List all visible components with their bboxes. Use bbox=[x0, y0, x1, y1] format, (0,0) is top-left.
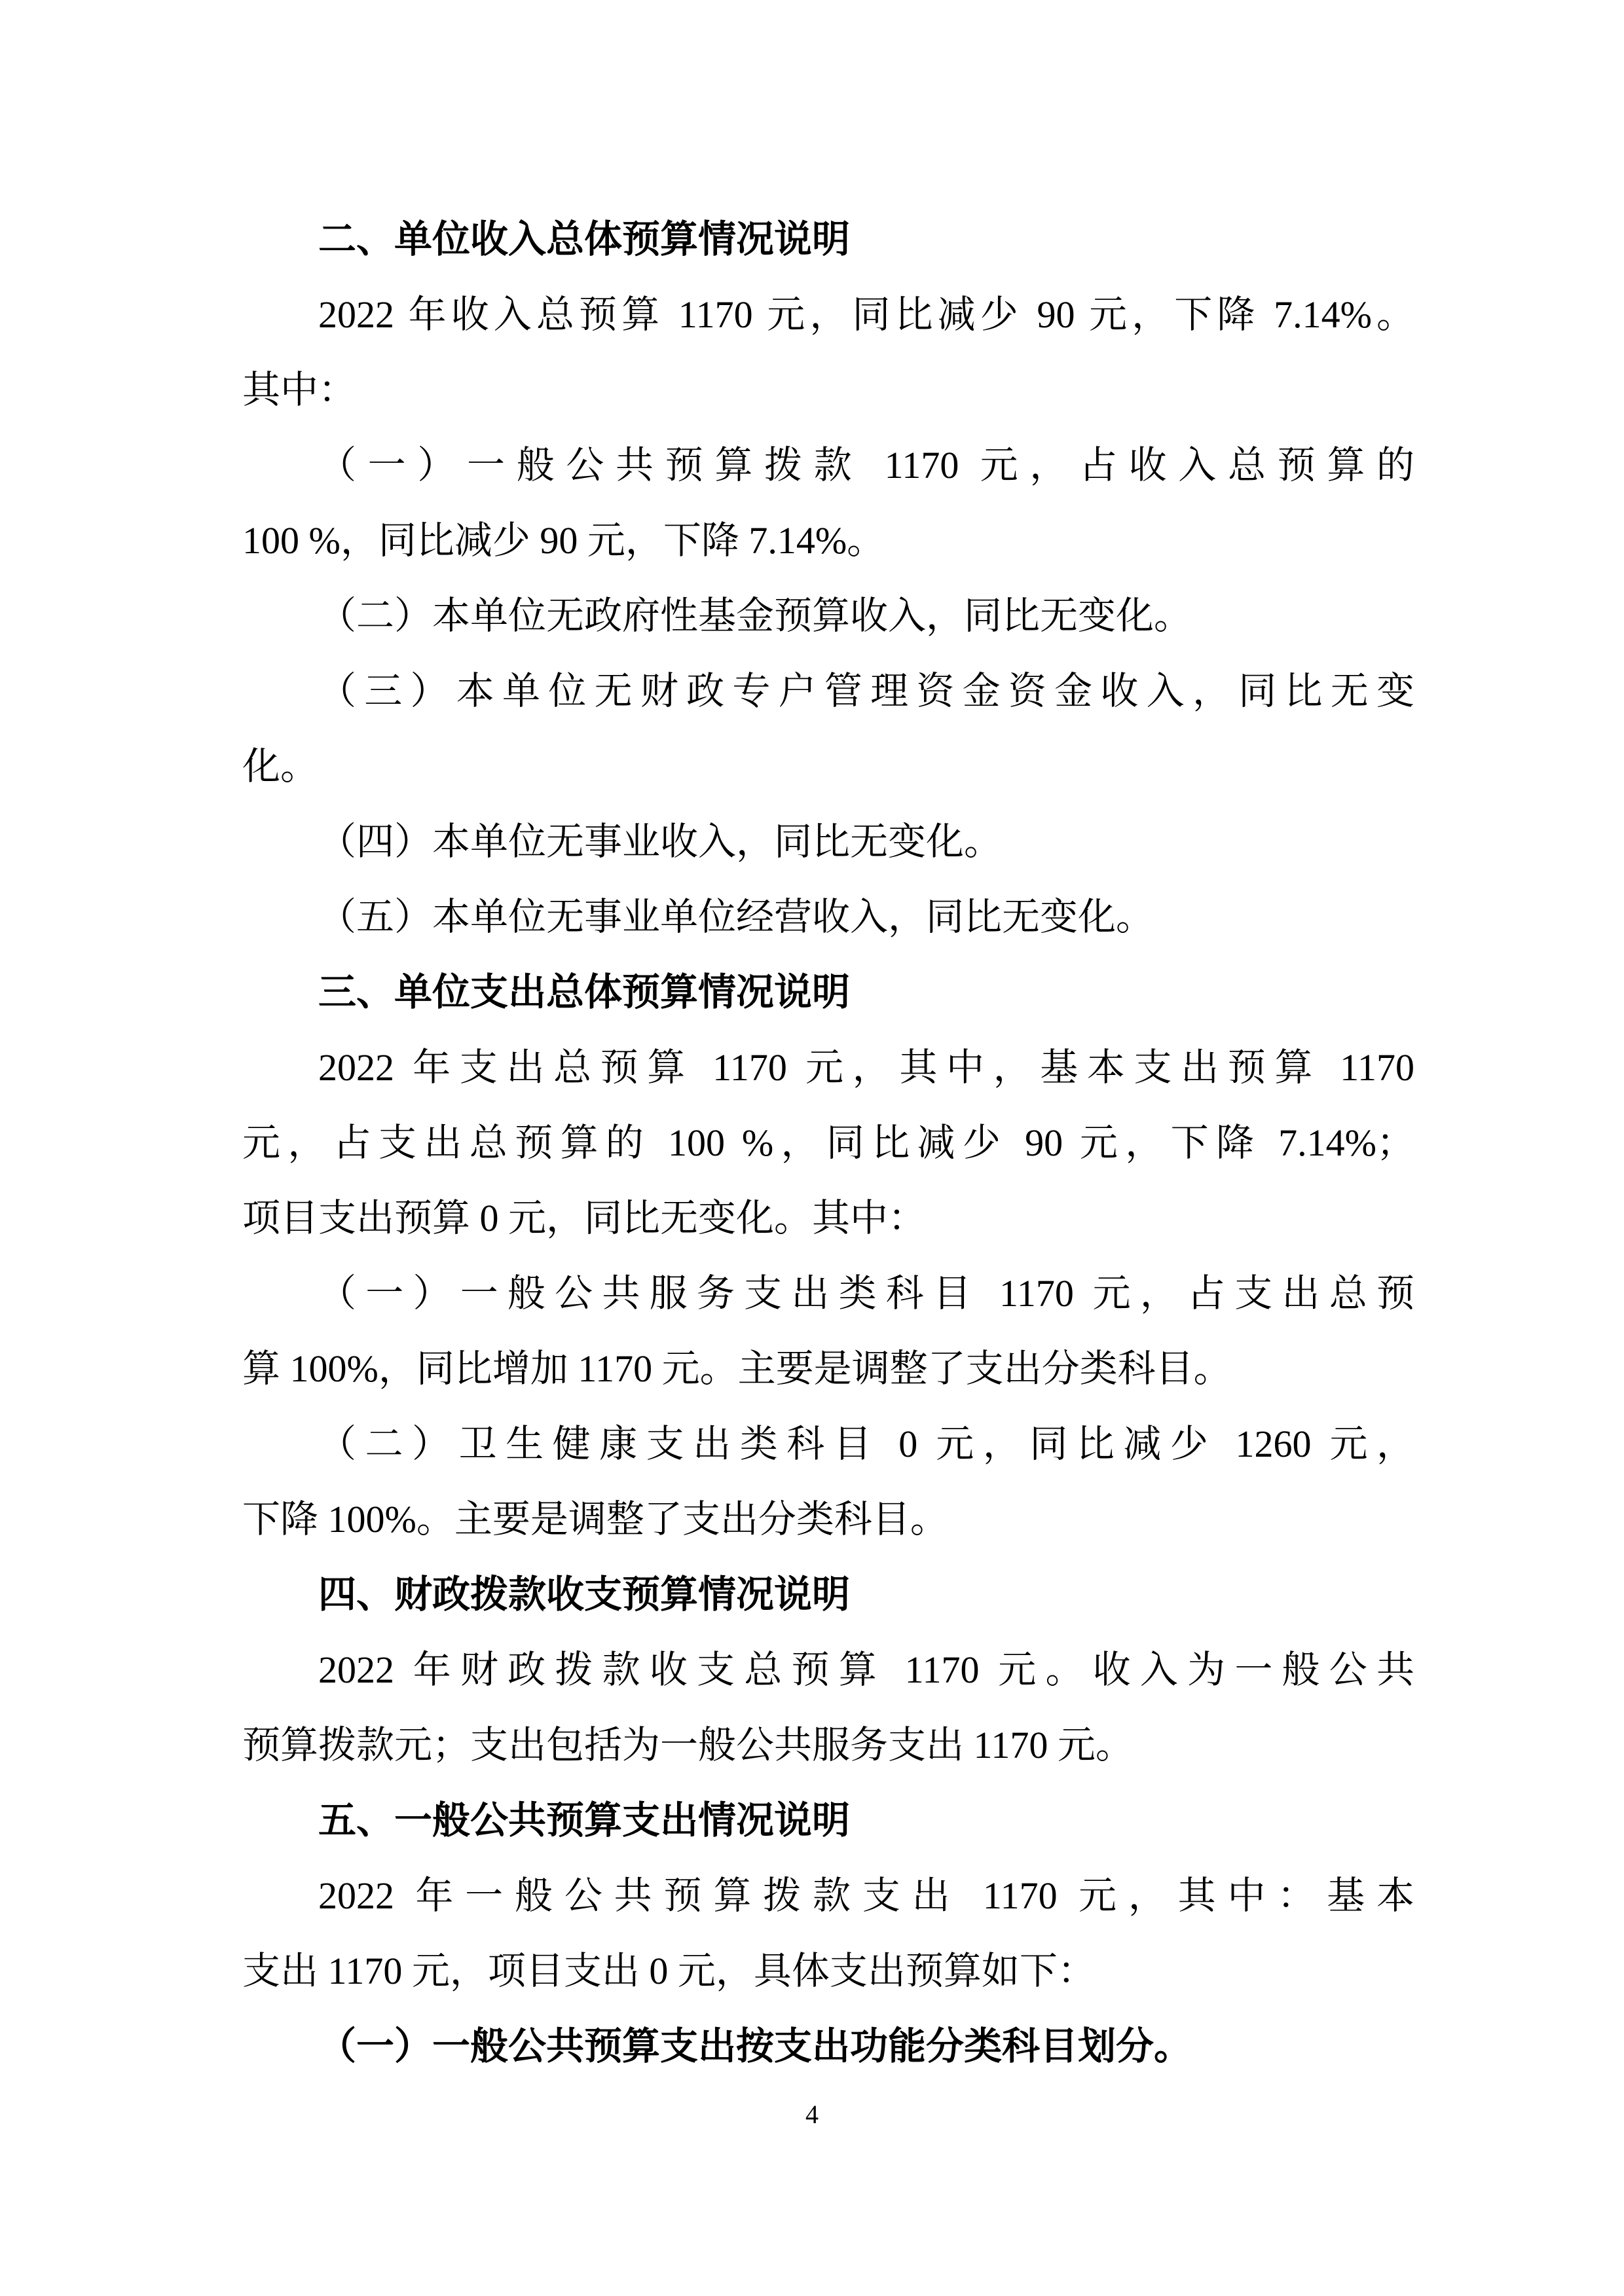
paragraph-line: 2022 年一般公共预算拨款支出 1170 元，其中：基本 bbox=[242, 1858, 1414, 1933]
paragraph-line: （二）卫生健康支出类科目 0 元，同比减少 1260 元， bbox=[242, 1406, 1414, 1482]
paragraph-line: （二）本单位无政府性基金预算收入，同比无变化。 bbox=[242, 578, 1414, 653]
section-heading-line: 三、单位支出总体预算情况说明 bbox=[242, 955, 1414, 1030]
paragraph-line: 2022 年支出总预算 1170 元，其中，基本支出预算 1170 bbox=[242, 1030, 1414, 1105]
section-heading-line: 四、财政拨款收支预算情况说明 bbox=[242, 1557, 1414, 1632]
section-heading-line: 五、一般公共预算支出情况说明 bbox=[242, 1783, 1414, 1858]
paragraph-line: （三）本单位无财政专户管理资金资金收入，同比无变 bbox=[242, 653, 1414, 729]
paragraph-line: 元，占支出总预算的 100 %，同比减少 90 元，下降 7.14%； bbox=[242, 1105, 1414, 1180]
paragraph-line: （一）一般公共服务支出类科目 1170 元，占支出总预 bbox=[242, 1256, 1414, 1331]
paragraph-line: 2022 年收入总预算 1170 元，同比减少 90 元，下降 7.14%。 bbox=[242, 277, 1414, 352]
section-heading-line: （一）一般公共预算支出按支出功能分类科目划分。 bbox=[242, 2009, 1414, 2084]
page-number: 4 bbox=[0, 2095, 1624, 2134]
paragraph-line: 下降 100%。主要是调整了支出分类科目。 bbox=[242, 1482, 1414, 1557]
paragraph-line: （四）本单位无事业收入，同比无变化。 bbox=[242, 804, 1414, 879]
document-page: 二、单位收入总体预算情况说明2022 年收入总预算 1170 元，同比减少 90… bbox=[0, 0, 1624, 2296]
document-content: 二、单位收入总体预算情况说明2022 年收入总预算 1170 元，同比减少 90… bbox=[242, 202, 1414, 2084]
paragraph-line: （五）本单位无事业单位经营收入，同比无变化。 bbox=[242, 879, 1414, 955]
paragraph-line: 100 %，同比减少 90 元，下降 7.14%。 bbox=[242, 503, 1414, 578]
paragraph-line: 支出 1170 元，项目支出 0 元，具体支出预算如下： bbox=[242, 1933, 1414, 2009]
paragraph-line: 化。 bbox=[242, 729, 1414, 804]
paragraph-line: （一）一般公共预算拨款 1170 元，占收入总预算的 bbox=[242, 428, 1414, 503]
paragraph-line: 其中： bbox=[242, 352, 1414, 428]
paragraph-line: 算 100%，同比增加 1170 元。主要是调整了支出分类科目。 bbox=[242, 1331, 1414, 1406]
paragraph-line: 2022 年财政拨款收支总预算 1170 元。收入为一般公共 bbox=[242, 1632, 1414, 1707]
section-heading-line: 二、单位收入总体预算情况说明 bbox=[242, 202, 1414, 277]
paragraph-line: 预算拨款元；支出包括为一般公共服务支出 1170 元。 bbox=[242, 1707, 1414, 1783]
paragraph-line: 项目支出预算 0 元，同比无变化。其中： bbox=[242, 1180, 1414, 1256]
